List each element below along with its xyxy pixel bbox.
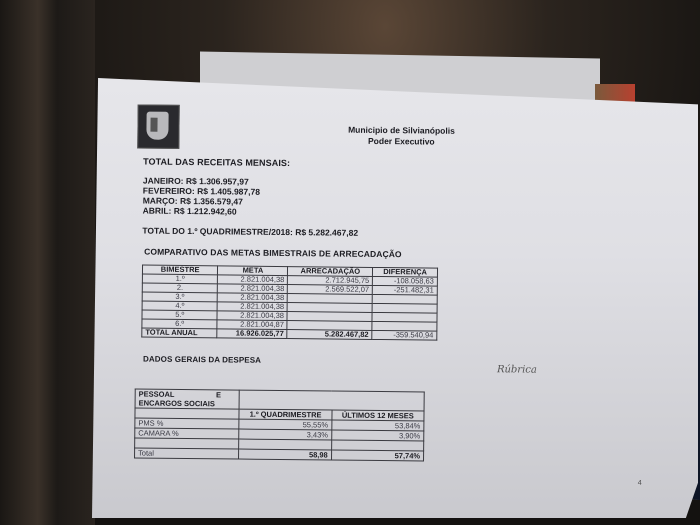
municipality-name: Municipio de Silvianópolis [341, 125, 461, 137]
total-row: Total 58,98 57,74% [135, 448, 424, 461]
background-red-tab [595, 84, 635, 102]
table-title-cell: PESSOAL EENCARGOS SOCIAIS [135, 389, 240, 409]
total-row: TOTAL ANUAL 16.926.025,77 5.282.467,82 -… [142, 328, 437, 340]
col-12-meses: ÚLTIMOS 12 MESES [332, 410, 424, 421]
executive-power: Poder Executivo [341, 136, 461, 148]
col-quadrimestre: 1.º QUADRIMESTRE [239, 409, 331, 420]
comparativo-table: BIMESTRE META ARRECADAÇÃO DIFERENÇA 1.º … [141, 265, 438, 341]
document-page: Municipio de Silvianópolis Poder Executi… [92, 78, 698, 518]
document-header: Municipio de Silvianópolis Poder Executi… [341, 125, 461, 148]
coat-of-arms-icon [137, 104, 179, 148]
page-number: 4 [638, 480, 642, 487]
despesa-title: DADOS GERAIS DA DESPESA [143, 355, 261, 365]
month-apr: ABRIL: R$ 1.212.942,60 [143, 206, 237, 217]
signature: Rúbrica [497, 364, 537, 375]
quadrimestre-total: TOTAL DO 1.º QUADRIMESTRE/2018: R$ 5.282… [142, 226, 358, 238]
background-left [0, 0, 95, 525]
comparativo-title: COMPARATIVO DAS METAS BIMESTRAIS DE ARRE… [144, 247, 402, 260]
receitas-title: TOTAL DAS RECEITAS MENSAIS: [143, 157, 290, 169]
despesa-table: PESSOAL EENCARGOS SOCIAIS 1.º QUADRIMEST… [134, 388, 425, 461]
